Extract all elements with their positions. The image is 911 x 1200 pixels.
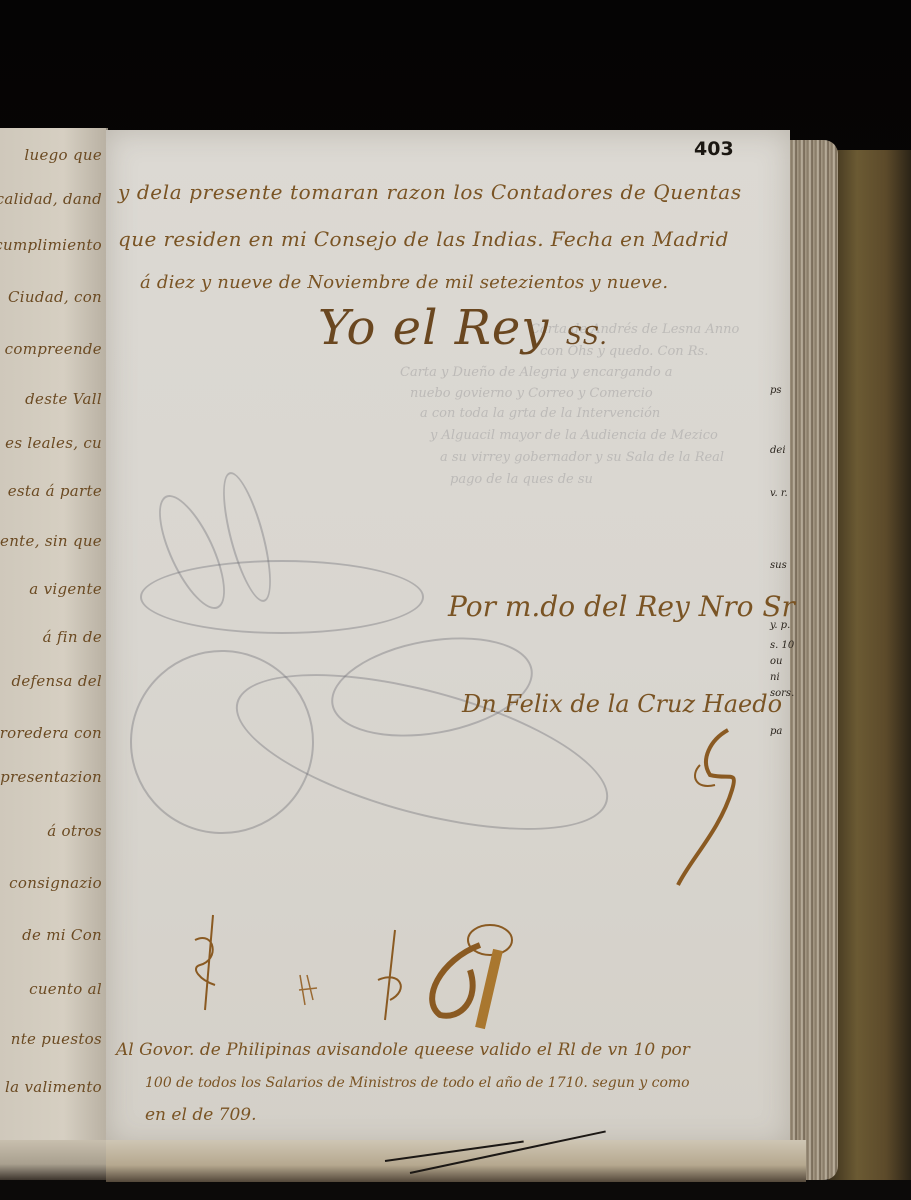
paraph-1-icon [185,910,235,1020]
left-line: la valimento [5,1078,102,1096]
margin-note: pa [770,726,782,737]
left-line: defensa del [11,672,102,690]
bleed-through-line: y Alguacil mayor de la Audiencia de Mezi… [430,428,718,443]
left-line: consignazio [9,874,102,892]
royal-signature: Yo el Rey SS. [318,300,608,356]
margin-note: y. p. [770,620,790,631]
left-line: ente, sin que [0,532,102,550]
bleed-through-line: pago de la ques de su [450,472,593,487]
left-line: cumplimiento [0,236,102,254]
text-line-1: y dela presente tomaran razon los Contad… [118,180,742,204]
text-line-2: que residen en mi Consejo de las Indias.… [118,227,729,251]
margin-note: v. r. [770,488,788,499]
margin-note: ou [770,656,782,667]
page-stack-edges [790,140,838,1180]
book-cover [828,150,911,1180]
left-line: es leales, cu [5,434,102,452]
margin-note: ps [770,385,782,396]
left-line: Ciudad, con [8,288,102,306]
left-page-bottom-edge [0,1140,106,1180]
paraph-3-icon [370,920,530,1030]
left-line: nte puestos [11,1030,102,1048]
left-line: á fin de [43,628,102,646]
bleed-through-line: a con toda la grta de la Intervención [420,406,660,421]
left-line: se compreende [0,340,102,358]
countersign-line-2: Dn Felix de la Cruz Haedo [462,690,782,718]
margin-note: dei [770,445,786,456]
bleed-through-line: Carta y Dueño de Alegria y encargando a [400,365,673,380]
margin-note: s. 10 [770,640,794,651]
left-line: luego que [24,146,102,164]
summary-line-1: Al Govor. de Philipinas avisandole quees… [116,1040,690,1060]
margin-note: sus [770,560,787,571]
left-line: deste Vall [25,390,102,408]
left-line: a vigente [29,580,102,598]
text-line-3: á diez y nueve de Noviembre de mil setez… [140,272,668,293]
left-line: esta á parte [8,482,102,500]
left-line: roredera con [0,724,102,742]
countersign-line-1: Por m.do del Rey Nro Sr [448,590,795,623]
left-line: cuento al [29,980,102,998]
rubric-flourish-icon [670,720,750,890]
folio-number: 403 [694,138,734,160]
left-line: presentazion [0,768,102,786]
left-page-fragment: luego que calidad, dand cumplimiento Ciu… [0,128,108,1178]
royal-signature-suffix: SS. [566,322,608,350]
bleed-through-line: a su virrey gobernador y su Sala de la R… [440,450,724,465]
margin-note: sors. [770,688,794,699]
left-line: calidad, dand [0,190,102,208]
bleed-through-line: nuebo govierno y Correo y Comercio [410,386,653,401]
royal-signature-text: Yo el Rey [318,300,549,356]
left-line: de mi Con [22,926,102,944]
summary-line-2: 100 de todos los Salarios de Ministros d… [145,1075,690,1091]
margin-note: ni [770,672,780,683]
paraph-2-icon [295,970,325,1010]
left-line: á otros [47,822,102,840]
summary-line-3: en el de 709. [145,1105,257,1125]
